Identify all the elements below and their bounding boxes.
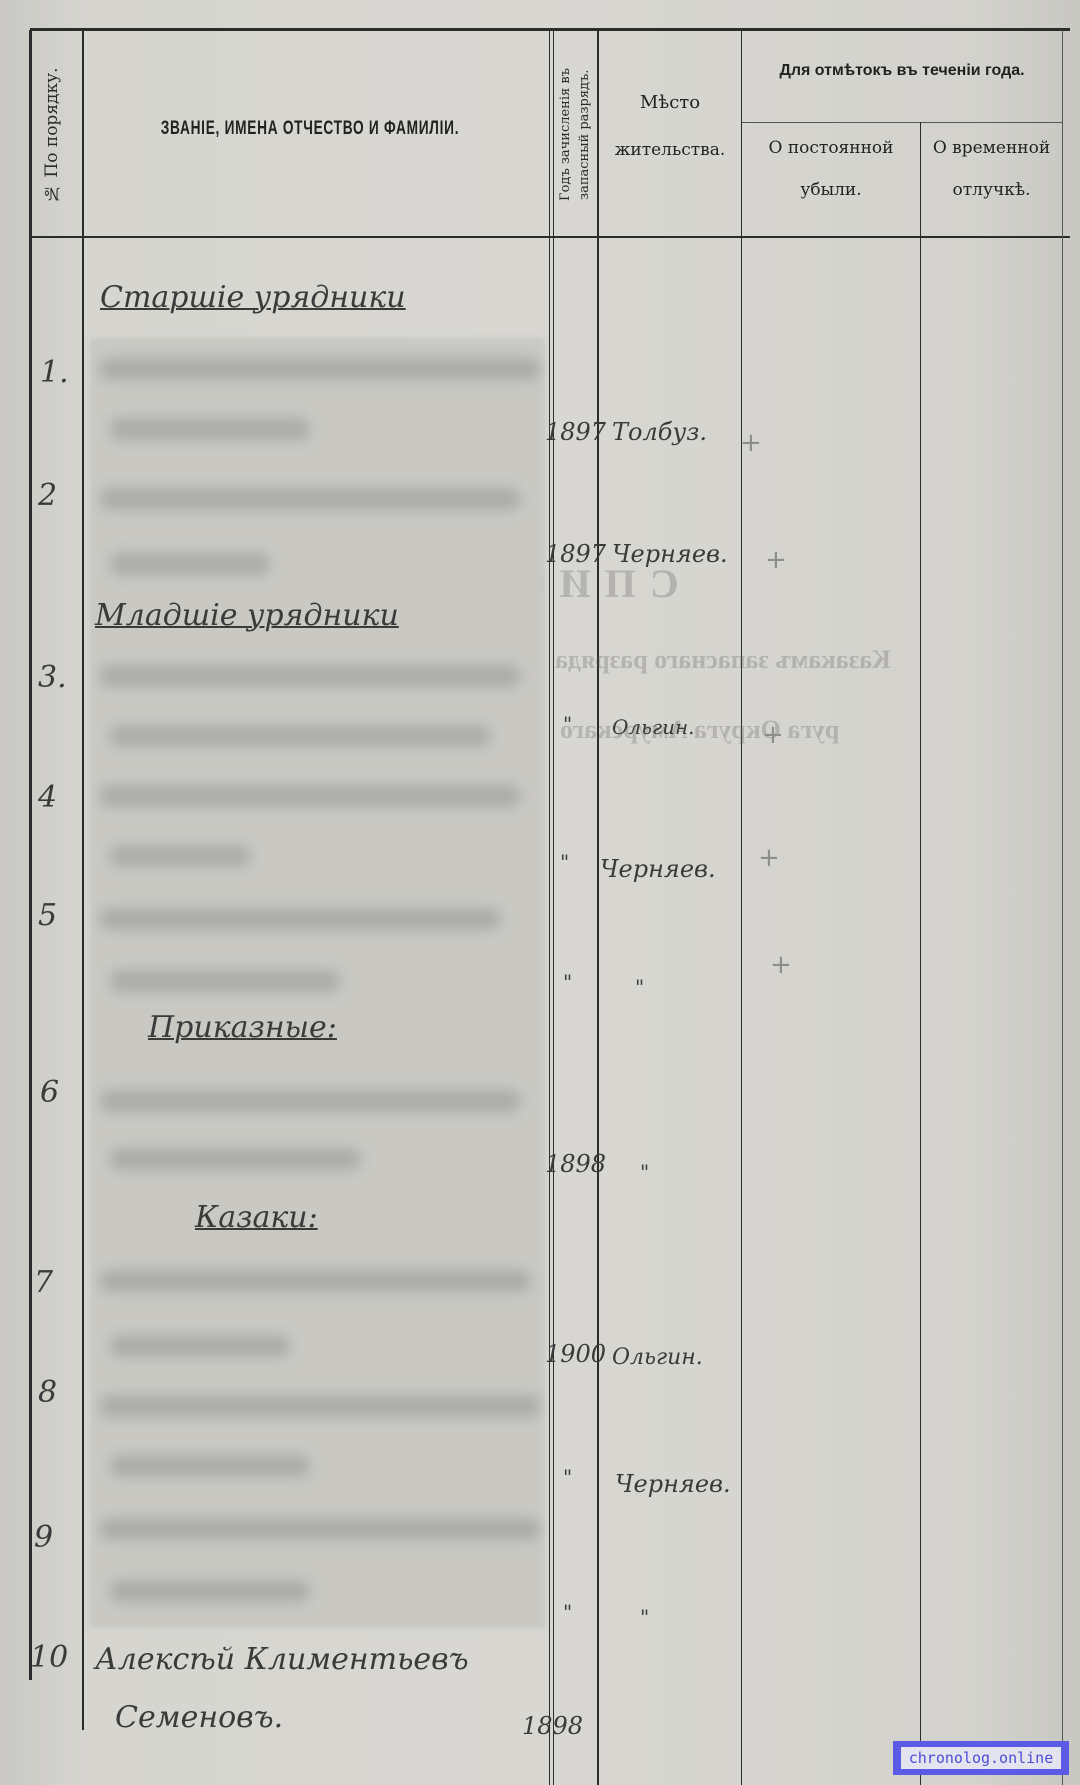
ledger-page: № По порядку. ЗВАНІЕ, ИМЕНА ОТЧЕСТВО И Ф… [0,0,1080,1785]
blurred-name [110,1455,310,1477]
blurred-name [110,1335,290,1357]
row-1-year: 1897 [545,418,606,446]
header-bottom-border [30,236,1070,238]
blurred-name [100,908,500,930]
row-10-name-line2: Семеновъ. [115,1700,283,1735]
row-3-residence: Ольгин. [612,715,695,739]
header-number: № По порядку. [42,40,62,230]
row-1-number: 1. [40,355,69,390]
row-2-cross-mark: + [765,545,787,575]
row-5-number: 5 [38,898,57,933]
row-5-residence: " [635,975,644,999]
bleed-through-line3: руга Округа Амурскаго [560,715,839,745]
section-senior-sergeants: Старшіе урядники [100,280,406,315]
top-border [30,28,1070,31]
row-3-cross-mark: + [762,720,784,750]
row-7-number: 7 [34,1265,53,1300]
row-9-number: 9 [34,1520,53,1555]
header-residence-1: Мѣсто [600,92,740,113]
blurred-name [100,488,520,510]
header-year: Годъ зачисленія въ запасный разрядъ. [556,40,594,230]
header-temporary-2: отлучкѣ. [921,180,1062,200]
notes-subheader-line [742,122,1062,123]
row-9-year: " [563,1600,572,1624]
blurred-name [100,1395,540,1417]
col-divider-name [549,30,550,1785]
header-temporary-1: О временной [921,138,1062,158]
row-10-year: 1898 [522,1712,583,1740]
header-permanent-2: убыли. [742,180,920,200]
row-5-year: " [563,970,572,994]
row-7-year: 1900 [545,1340,606,1368]
row-3-number: 3. [38,660,67,695]
blurred-name [100,785,520,807]
row-8-number: 8 [38,1375,57,1410]
blurred-name [110,1580,310,1602]
row-6-residence: " [640,1160,649,1184]
row-6-year: 1898 [545,1150,606,1178]
header-permanent-1: О постоянной [742,138,920,158]
row-6-number: 6 [40,1075,59,1110]
row-9-residence: " [640,1605,649,1629]
row-2-number: 2 [38,478,57,513]
row-5-cross-mark: + [770,950,792,980]
col-divider-permanent [920,122,921,1785]
blurred-name [110,725,490,747]
header-notes-group: Для отмѣтокъ въ теченіи года. [742,62,1062,80]
watermark-text: chronolog.online [901,1747,1062,1769]
row-8-year: " [563,1465,572,1489]
col-divider-year [597,30,599,1785]
blurred-name [100,358,540,380]
row-8-residence: Черняев. [615,1470,731,1498]
bleed-through-line2: Казакамъ запаснаго разряда [555,645,891,675]
row-4-cross-mark: + [758,843,780,873]
row-3-year: " [563,712,572,736]
right-border [1062,30,1063,1785]
blurred-name [100,665,520,687]
header-name: ЗВАНІЕ, ИМЕНА ОТЧЕСТВО И ФАМИЛІИ. [130,118,490,140]
col-divider-name-b [553,30,554,1785]
watermark-badge: chronolog.online [893,1741,1069,1775]
section-junior-sergeants: Младшіе урядники [95,598,399,633]
blurred-name [110,970,340,992]
header-residence-2: жительства. [600,140,740,160]
blurred-name [100,1518,540,1540]
blurred-name [100,1090,520,1112]
blurred-name [110,845,250,867]
blurred-name [110,1148,360,1170]
section-corporals: Приказные: [148,1010,337,1045]
row-4-number: 4 [38,780,57,815]
section-cossacks: Казаки: [195,1200,318,1235]
row-2-year: 1897 [545,540,606,568]
row-7-residence: Ольгин. [612,1345,703,1370]
col-divider-number [82,30,84,1730]
row-4-year: " [560,850,569,874]
row-10-number: 10 [30,1640,68,1675]
blurred-name [110,553,270,575]
blurred-name [110,418,310,440]
blurred-name [100,1270,530,1292]
row-1-cross-mark: + [740,428,762,458]
row-10-name-line1: Алексѣй Климентьевъ [95,1642,469,1677]
row-1-residence: Толбуз. [612,418,707,446]
col-divider-residence [741,30,742,1785]
row-2-residence: Черняев. [612,540,728,568]
row-4-residence: Черняев. [600,855,716,883]
left-border [29,30,32,1680]
